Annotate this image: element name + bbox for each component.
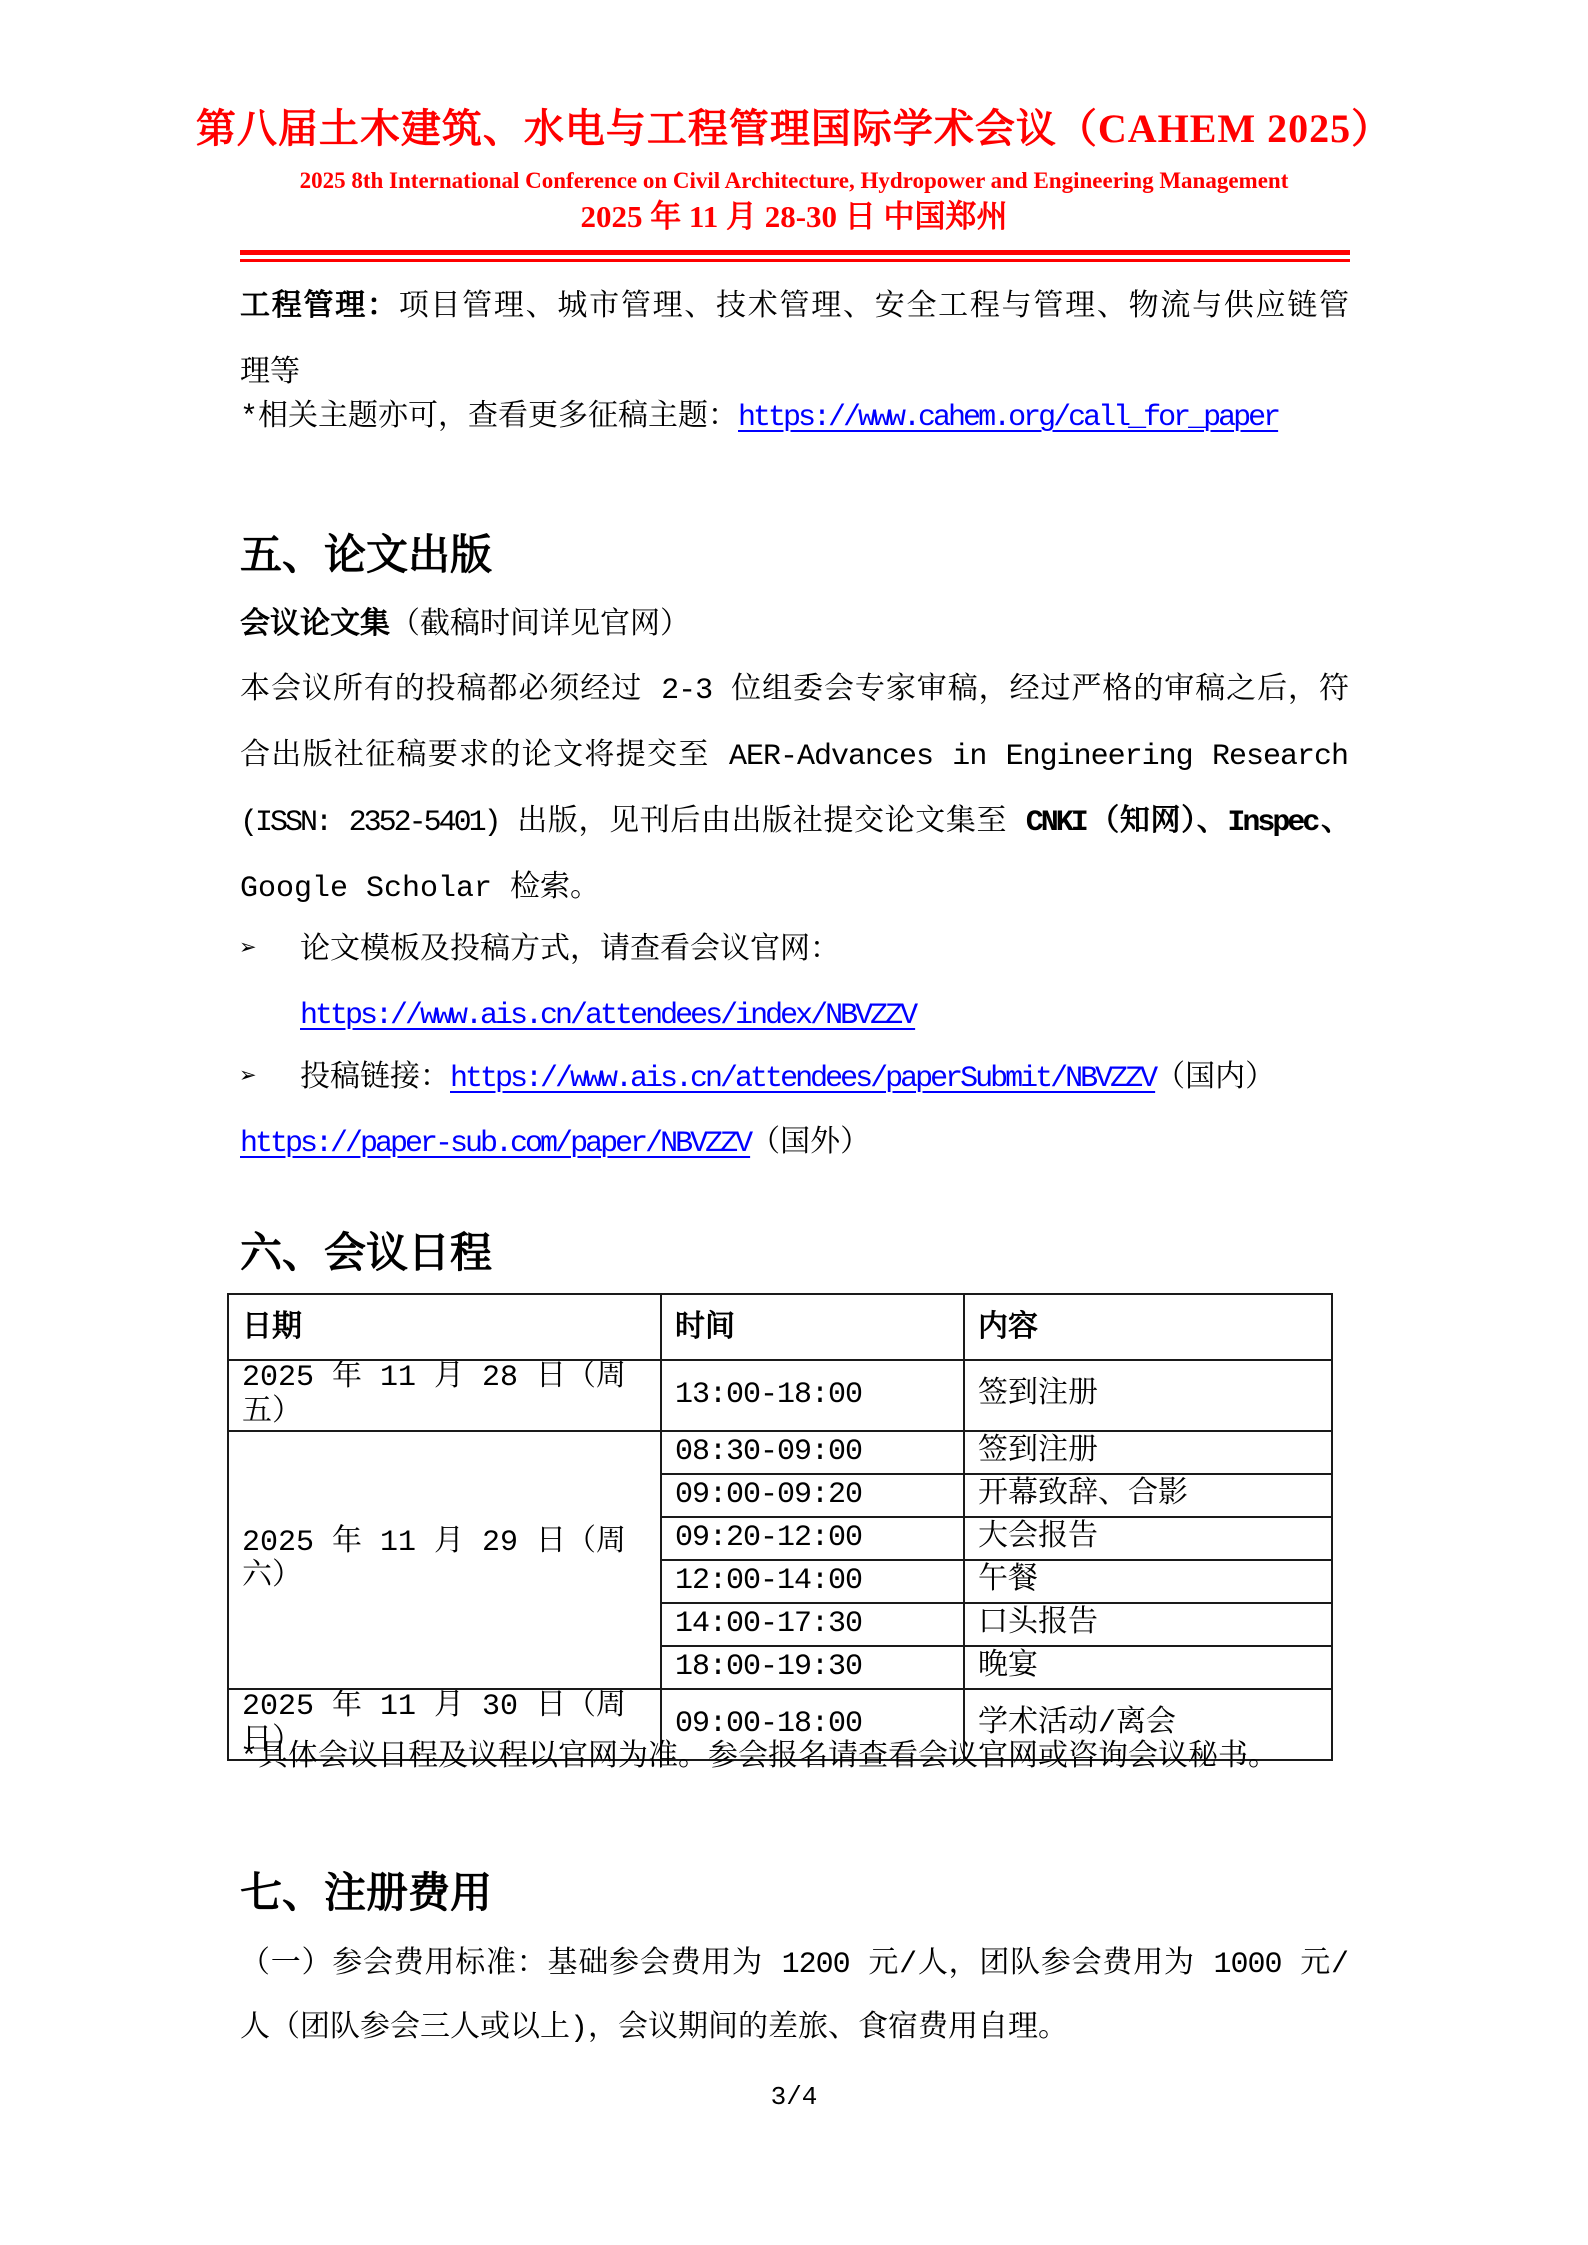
col-header-time: 时间 xyxy=(661,1294,964,1360)
arrow-bullet-icon: ➢ xyxy=(240,1046,300,1112)
col-header-date: 日期 xyxy=(228,1294,661,1360)
cell-time: 13:00-18:00 xyxy=(661,1360,964,1431)
proceedings-label: 会议论文集 xyxy=(240,609,390,643)
cell-time: 09:00-09:20 xyxy=(661,1474,964,1517)
cell-content: 签到注册 xyxy=(964,1360,1332,1431)
cell-content: 晚宴 xyxy=(964,1646,1332,1689)
proceedings-line: 会议论文集（截稿时间详见官网） xyxy=(240,593,1348,659)
bullet-template: ➢ 论文模板及投稿方式，请查看会议官网： xyxy=(240,918,1348,984)
bullet2-label: 投稿链接： xyxy=(300,1062,450,1096)
registration-paragraph: （一）参会费用标准：基础参会费用为 1200 元/人，团队参会费用为 1000 … xyxy=(240,1933,1348,2061)
bullet1-link-line: https://www.ais.cn/attendees/index/NBVZZ… xyxy=(300,983,1348,1049)
conference-title-en: 2025 8th International Conference on Civ… xyxy=(0,167,1588,195)
publication-line4: Google Scholar 检索。 xyxy=(240,856,1348,922)
cell-content: 午餐 xyxy=(964,1560,1332,1603)
publication-line3: (ISSN: 2352-5401) 出版，见刊后由出版社提交论文集至 CNKI（… xyxy=(240,790,1348,856)
more-topics-note: *相关主题亦可，查看更多征稿主题： xyxy=(240,401,738,435)
conference-title-cn: 第八届土木建筑、水电与工程管理国际学术会议（CAHEM 2025） xyxy=(0,106,1588,152)
schedule-table: 日期 时间 内容 2025 年 11 月 28 日（周五） 13:00-18:0… xyxy=(227,1293,1333,1761)
publication-line2: 合出版社征稿要求的论文将提交至 AER-Advances in Engineer… xyxy=(240,724,1348,790)
table-row: 2025 年 11 月 28 日（周五） 13:00-18:00 签到注册 xyxy=(228,1360,1332,1431)
bullet1-text: 论文模板及投稿方式，请查看会议官网： xyxy=(300,918,1348,984)
registration-line1: （一）参会费用标准：基础参会费用为 1200 元/人，团队参会费用为 1000 … xyxy=(240,1933,1348,1997)
col-header-content: 内容 xyxy=(964,1294,1332,1360)
cell-date: 2025 年 11 月 28 日（周五） xyxy=(228,1360,661,1431)
more-topics-line: *相关主题亦可，查看更多征稿主题：https://www.cahem.org/c… xyxy=(240,385,1348,451)
cell-time: 08:30-09:00 xyxy=(661,1431,964,1474)
document-page: 第八届土木建筑、水电与工程管理国际学术会议（CAHEM 2025） 2025 8… xyxy=(0,0,1588,2245)
registration-line2: 人（团队参会三人或以上)，会议期间的差旅、食宿费用自理。 xyxy=(240,1997,1348,2061)
bullet-submit: ➢ 投稿链接：https://www.ais.cn/attendees/pape… xyxy=(240,1046,1348,1112)
template-link[interactable]: https://www.ais.cn/attendees/index/NBVZZ… xyxy=(300,999,915,1033)
conference-date-location: 2025 年 11 月 28-30 日 中国郑州 xyxy=(0,199,1588,235)
publication-line1: 本会议所有的投稿都必须经过 2-3 位组委会专家审稿，经过严格的审稿之后，符 xyxy=(240,658,1348,724)
publication-line3-pre: (ISSN: 2352-5401) 出版，见刊后由出版社提交论文集至 xyxy=(240,806,1026,840)
red-double-rule xyxy=(240,250,1350,262)
bullet2-suffix: （国内） xyxy=(1155,1062,1275,1096)
topics-label: 工程管理： xyxy=(240,291,399,325)
schedule-table-wrap: 日期 时间 内容 2025 年 11 月 28 日（周五） 13:00-18:0… xyxy=(227,1293,1333,1761)
publication-paragraph: 本会议所有的投稿都必须经过 2-3 位组委会专家审稿，经过严格的审稿之后，符 合… xyxy=(240,658,1348,922)
section-heading-registration: 七、注册费用 xyxy=(240,1868,1348,1918)
schedule-note: *具体会议日程及议程以官网为准。参会报名请查看会议官网或咨询会议秘书。 xyxy=(240,1738,1348,1778)
call-for-paper-link[interactable]: https://www.cahem.org/call_for_paper xyxy=(738,401,1278,435)
cell-time: 12:00-14:00 xyxy=(661,1560,964,1603)
proceedings-note: （截稿时间详见官网） xyxy=(390,609,690,643)
cell-content: 签到注册 xyxy=(964,1431,1332,1474)
cell-content: 开幕致辞、合影 xyxy=(964,1474,1332,1517)
cell-content: 口头报告 xyxy=(964,1603,1332,1646)
cell-time: 09:20-12:00 xyxy=(661,1517,964,1560)
cell-content: 大会报告 xyxy=(964,1517,1332,1560)
cell-date-merged: 2025 年 11 月 29 日（周六） xyxy=(228,1431,661,1689)
publication-line3-indexes: CNKI（知网）、Inspec、 xyxy=(1026,806,1348,840)
section-heading-schedule: 六、会议日程 xyxy=(240,1228,1348,1278)
arrow-bullet-icon: ➢ xyxy=(240,918,300,984)
topics-line1-rest: 项目管理、城市管理、技术管理、安全工程与管理、物流与供应链管 xyxy=(399,291,1348,325)
bullet2-line: 投稿链接：https://www.ais.cn/attendees/paperS… xyxy=(300,1046,1348,1112)
table-row: 2025 年 11 月 29 日（周六） 08:30-09:00 签到注册 xyxy=(228,1431,1332,1474)
page-number: 3/4 xyxy=(0,2082,1588,2112)
cell-time: 18:00-19:30 xyxy=(661,1646,964,1689)
schedule-header-row: 日期 时间 内容 xyxy=(228,1294,1332,1360)
topics-line1: 工程管理：项目管理、城市管理、技术管理、安全工程与管理、物流与供应链管 xyxy=(240,275,1348,341)
bullet2-suffix2: （国外） xyxy=(750,1127,870,1161)
submit-link-domestic[interactable]: https://www.ais.cn/attendees/paperSubmit… xyxy=(450,1062,1155,1096)
bullet2-continuation: https://paper-sub.com/paper/NBVZZV（国外） xyxy=(240,1111,1348,1177)
section-heading-publication: 五、论文出版 xyxy=(240,530,1348,580)
submit-link-overseas[interactable]: https://paper-sub.com/paper/NBVZZV xyxy=(240,1127,750,1161)
cell-time: 14:00-17:30 xyxy=(661,1603,964,1646)
